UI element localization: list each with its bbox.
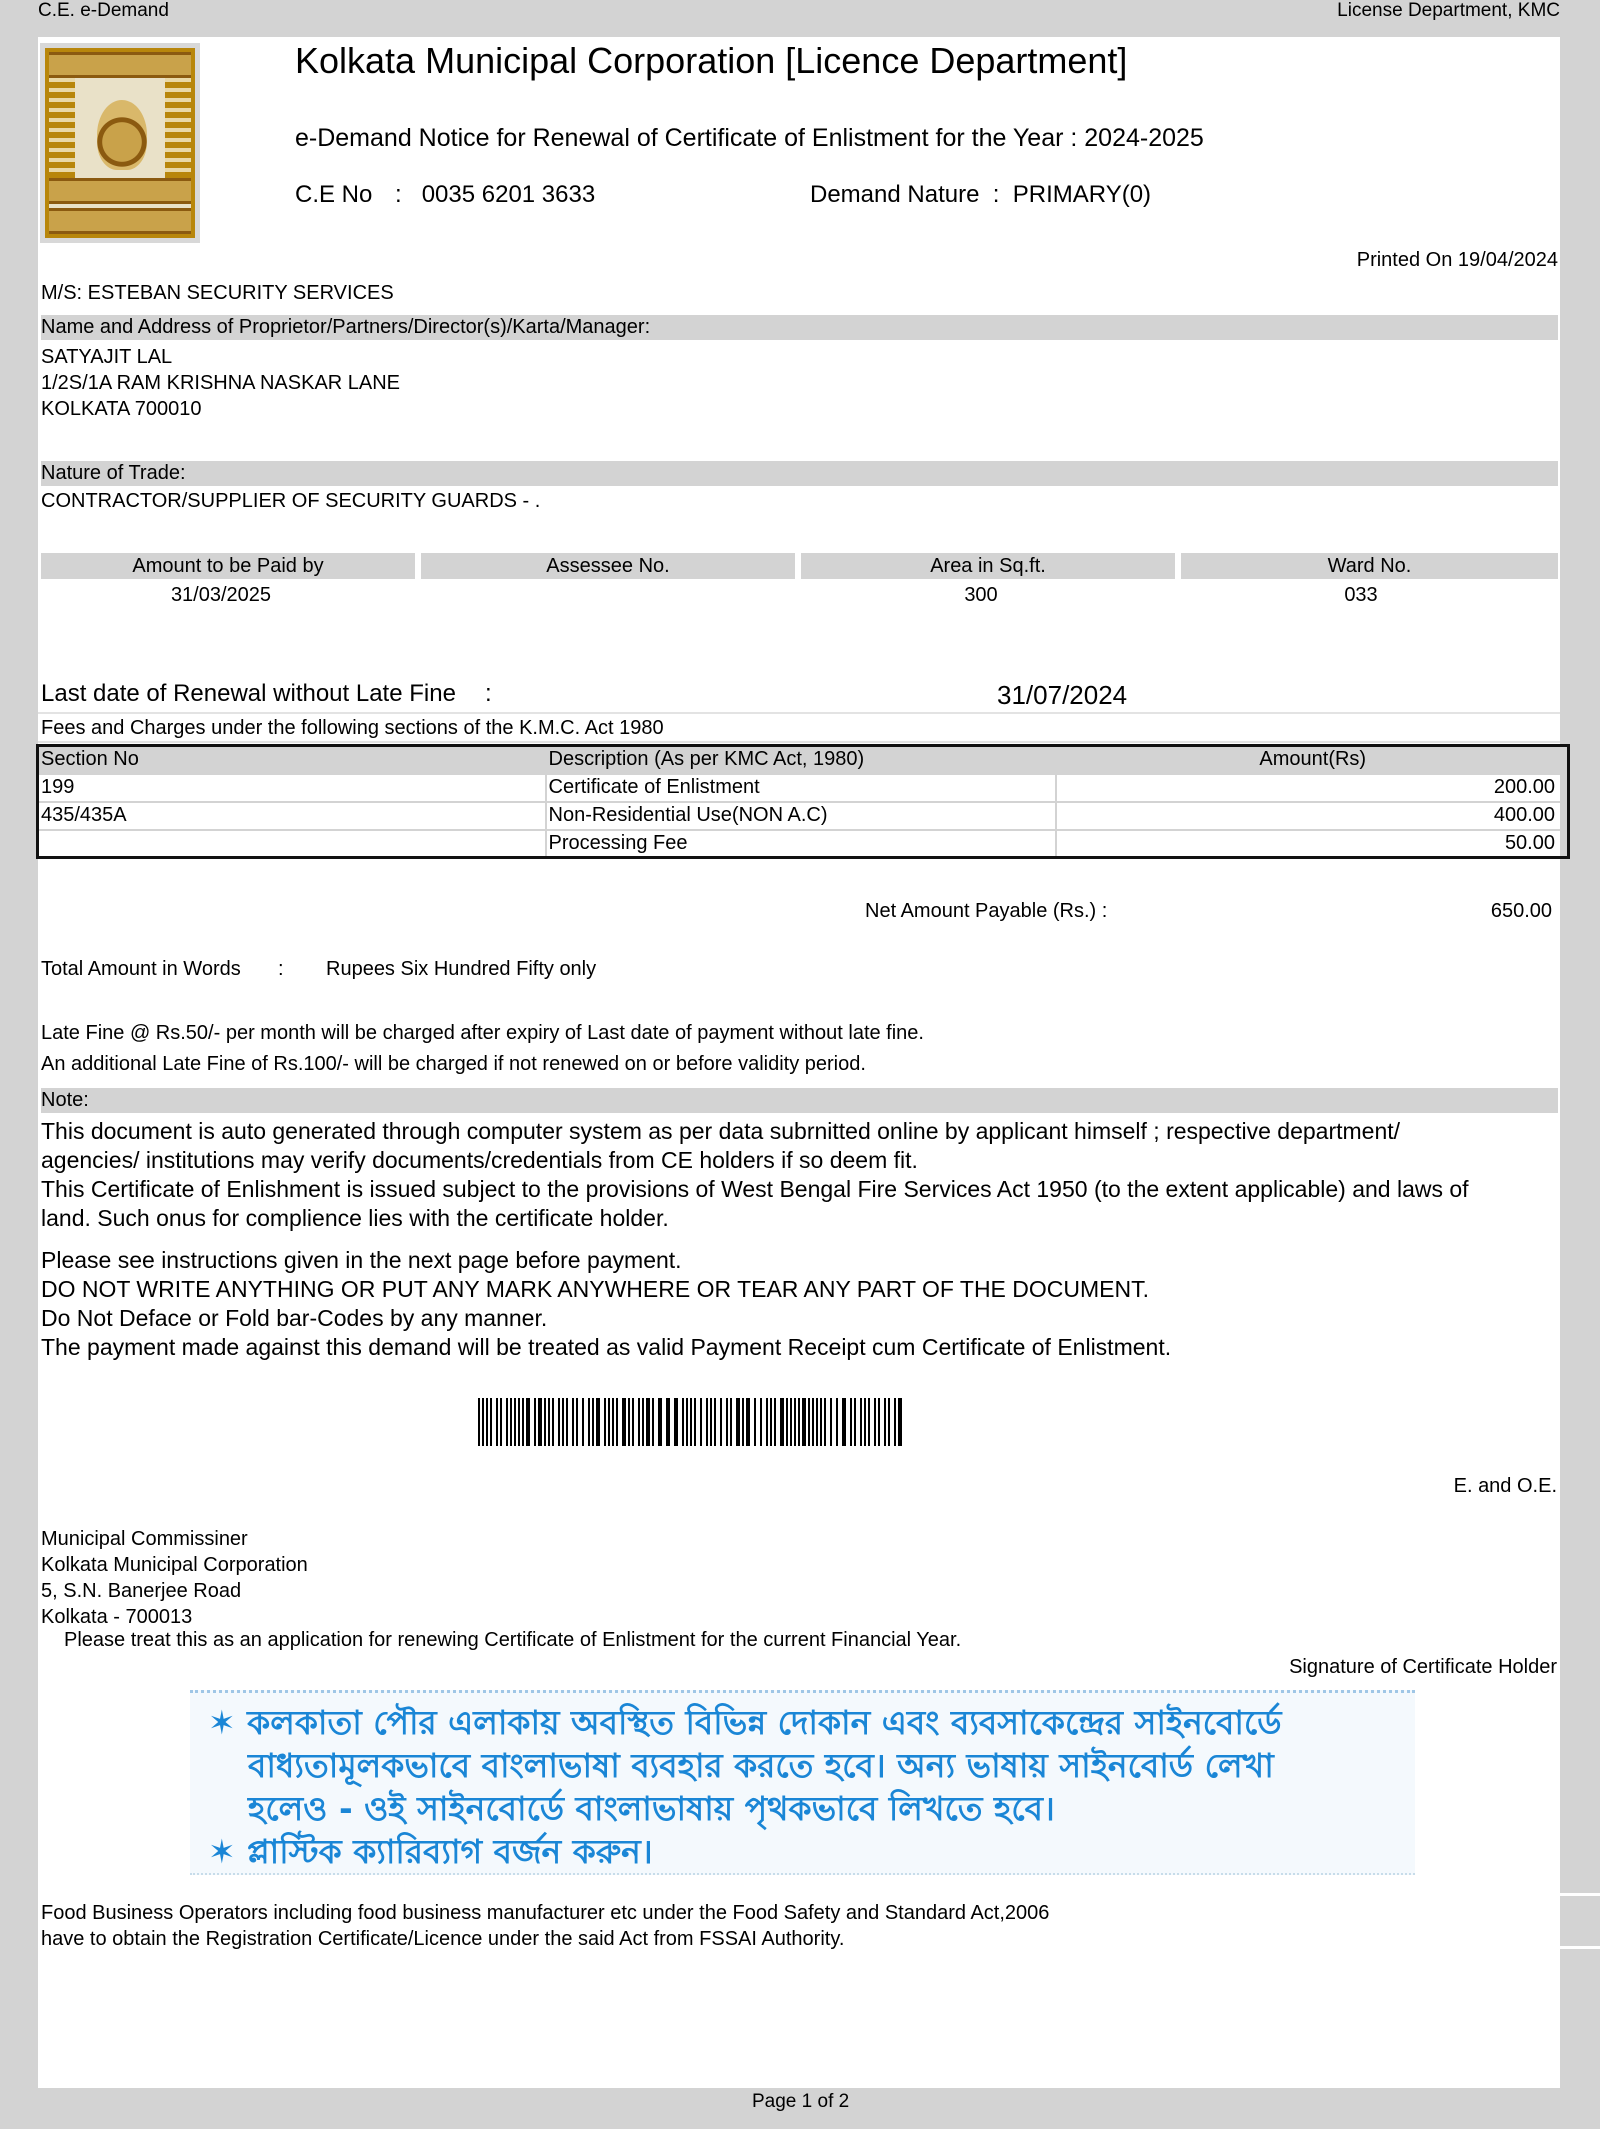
ce-number-label: C.E No [295, 181, 395, 209]
table-row: Processing Fee 50.00 [38, 830, 1569, 858]
demand-nature-sep: : [993, 181, 1000, 208]
notice-line: ✶ কলকাতা পৌর এলাকায় অবস্থিত বিভিন্ন দোক… [208, 1701, 1397, 1744]
note-text: This document is auto generated through … [41, 1117, 1561, 1233]
address-line: 1/2S/1A RAM KRISHNA NASKAR LANE [41, 370, 400, 396]
amount: 400.00 [1056, 802, 1569, 830]
instructions: Please see instructions given in the nex… [41, 1246, 1171, 1362]
renewal-deadline-sep: : [485, 680, 492, 708]
info-header-amount-by: Amount to be Paid by [41, 553, 415, 579]
proprietor-heading: Name and Address of Proprietor/Partners/… [41, 315, 1558, 340]
proprietor-name: SATYAJIT LAL [41, 344, 400, 370]
notice-line: have to obtain the Registration Certific… [41, 1926, 1049, 1952]
note-line: This Certificate of Enlishment is issued… [41, 1175, 1561, 1204]
page-title: Kolkata Municipal Corporation [Licence D… [295, 40, 1127, 82]
application-text: Please treat this as an application for … [64, 1629, 961, 1652]
fees-caption: Fees and Charges under the following sec… [41, 717, 664, 740]
description: Processing Fee [546, 830, 1056, 858]
barcode-icon [478, 1398, 906, 1446]
late-fine-line: An additional Late Fine of Rs.100/- will… [41, 1053, 866, 1076]
commissioner-address: Municipal Commissiner Kolkata Municipal … [41, 1526, 308, 1630]
address-line: Municipal Commissiner [41, 1526, 308, 1552]
signature-label: Signature of Certificate Holder [1289, 1656, 1557, 1679]
notice-line: Food Business Operators including food b… [41, 1900, 1049, 1926]
table-row: 435/435A Non-Residential Use(NON A.C) 40… [38, 802, 1569, 830]
app-title: C.E. e-Demand [38, 0, 169, 22]
description: Certificate of Enlistment [546, 774, 1056, 802]
address-line: Kolkata - 700013 [41, 1604, 308, 1630]
demand-nature-label: Demand Nature [810, 181, 979, 208]
table-row: 199 Certificate of Enlistment 200.00 [38, 774, 1569, 802]
amount-words-value: Rupees Six Hundred Fifty only [326, 958, 596, 981]
address-line: 5, S.N. Banerjee Road [41, 1578, 308, 1604]
instruction-line: Please see instructions given in the nex… [41, 1246, 1171, 1275]
instruction-line: The payment made against this demand wil… [41, 1333, 1171, 1362]
address-line: KOLKATA 700010 [41, 396, 400, 422]
proprietor-address: SATYAJIT LAL 1/2S/1A RAM KRISHNA NASKAR … [41, 344, 400, 422]
bengali-signboard-notice: ✶ কলকাতা পৌর এলাকায় অবস্থিত বিভিন্ন দোক… [190, 1690, 1415, 1875]
info-value-ward: 033 [1181, 584, 1541, 607]
info-value-area: 300 [801, 584, 1161, 607]
kmc-emblem-logo [40, 43, 200, 243]
note-line: land. Such onus for complience lies with… [41, 1204, 1561, 1233]
net-amount-label: Net Amount Payable (Rs.) : [865, 900, 1107, 923]
amount-words-sep: : [278, 958, 284, 981]
amount-words-label: Total Amount in Words [41, 958, 241, 981]
note-line: This document is auto generated through … [41, 1117, 1561, 1146]
edge-box [1560, 1946, 1600, 2129]
section-no [38, 830, 546, 858]
header-section-no: Section No [38, 746, 546, 774]
net-amount-value: 650.00 [1491, 900, 1552, 923]
edge-box [1560, 1893, 1600, 1943]
info-header-area: Area in Sq.ft. [801, 553, 1175, 579]
info-header-ward: Ward No. [1181, 553, 1558, 579]
note-heading: Note: [41, 1088, 1558, 1113]
notice-subtitle: e-Demand Notice for Renewal of Certifica… [295, 124, 1204, 153]
late-fine-line: Late Fine @ Rs.50/- per month will be ch… [41, 1022, 924, 1045]
description: Non-Residential Use(NON A.C) [546, 802, 1056, 830]
demand-nature-value: PRIMARY(0) [1013, 181, 1151, 208]
notice-line: ✶ প্লাস্টিক ক্যারিব্যাগ বর্জন করুন। [208, 1830, 1397, 1873]
notice-line: হলেও - ওই সাইনবোর্ডে বাংলাভাষায় পৃথকভাব… [208, 1787, 1397, 1830]
flame-icon [97, 100, 147, 170]
info-header-assessee: Assessee No. [421, 553, 795, 579]
demand-nature: Demand Nature : PRIMARY(0) [810, 181, 1151, 209]
section-no: 199 [38, 774, 546, 802]
divider [38, 741, 1560, 743]
page-number: Page 1 of 2 [752, 2091, 849, 2113]
header-amount: Amount(Rs) [1056, 746, 1569, 774]
note-line: agencies/ institutions may verify docume… [41, 1146, 1561, 1175]
printed-on-date: Printed On 19/04/2024 [1357, 249, 1558, 272]
amount: 200.00 [1056, 774, 1569, 802]
header-description: Description (As per KMC Act, 1980) [546, 746, 1056, 774]
department-label: License Department, KMC [1337, 0, 1560, 22]
amount: 50.00 [1056, 830, 1569, 858]
fees-table: Section No Description (As per KMC Act, … [36, 744, 1570, 859]
ce-number: C.E No: 0035 6201 3633 [295, 181, 595, 209]
margin-strip [0, 1366, 38, 1516]
food-safety-notice: Food Business Operators including food b… [41, 1900, 1049, 1952]
renewal-deadline-value: 31/07/2024 [997, 680, 1127, 711]
address-line: Kolkata Municipal Corporation [41, 1552, 308, 1578]
trade-heading: Nature of Trade: [41, 461, 1558, 486]
renewal-deadline-label: Last date of Renewal without Late Fine [41, 680, 456, 708]
business-name: M/S: ESTEBAN SECURITY SERVICES [41, 282, 394, 305]
info-value-amount-by: 31/03/2025 [41, 584, 401, 607]
fees-table-header: Section No Description (As per KMC Act, … [38, 746, 1569, 774]
instruction-line: Do Not Deface or Fold bar-Codes by any m… [41, 1304, 1171, 1333]
ce-number-value: 0035 6201 3633 [422, 181, 596, 208]
eoe-label: E. and O.E. [1454, 1475, 1557, 1498]
section-no: 435/435A [38, 802, 546, 830]
trade-value: CONTRACTOR/SUPPLIER OF SECURITY GUARDS -… [41, 490, 540, 513]
instruction-line: DO NOT WRITE ANYTHING OR PUT ANY MARK AN… [41, 1275, 1171, 1304]
divider [38, 712, 1560, 714]
notice-line: বাধ্যতামূলকভাবে বাংলাভাষা ব্যবহার করতে হ… [208, 1744, 1397, 1787]
ce-number-sep: : [395, 181, 402, 208]
